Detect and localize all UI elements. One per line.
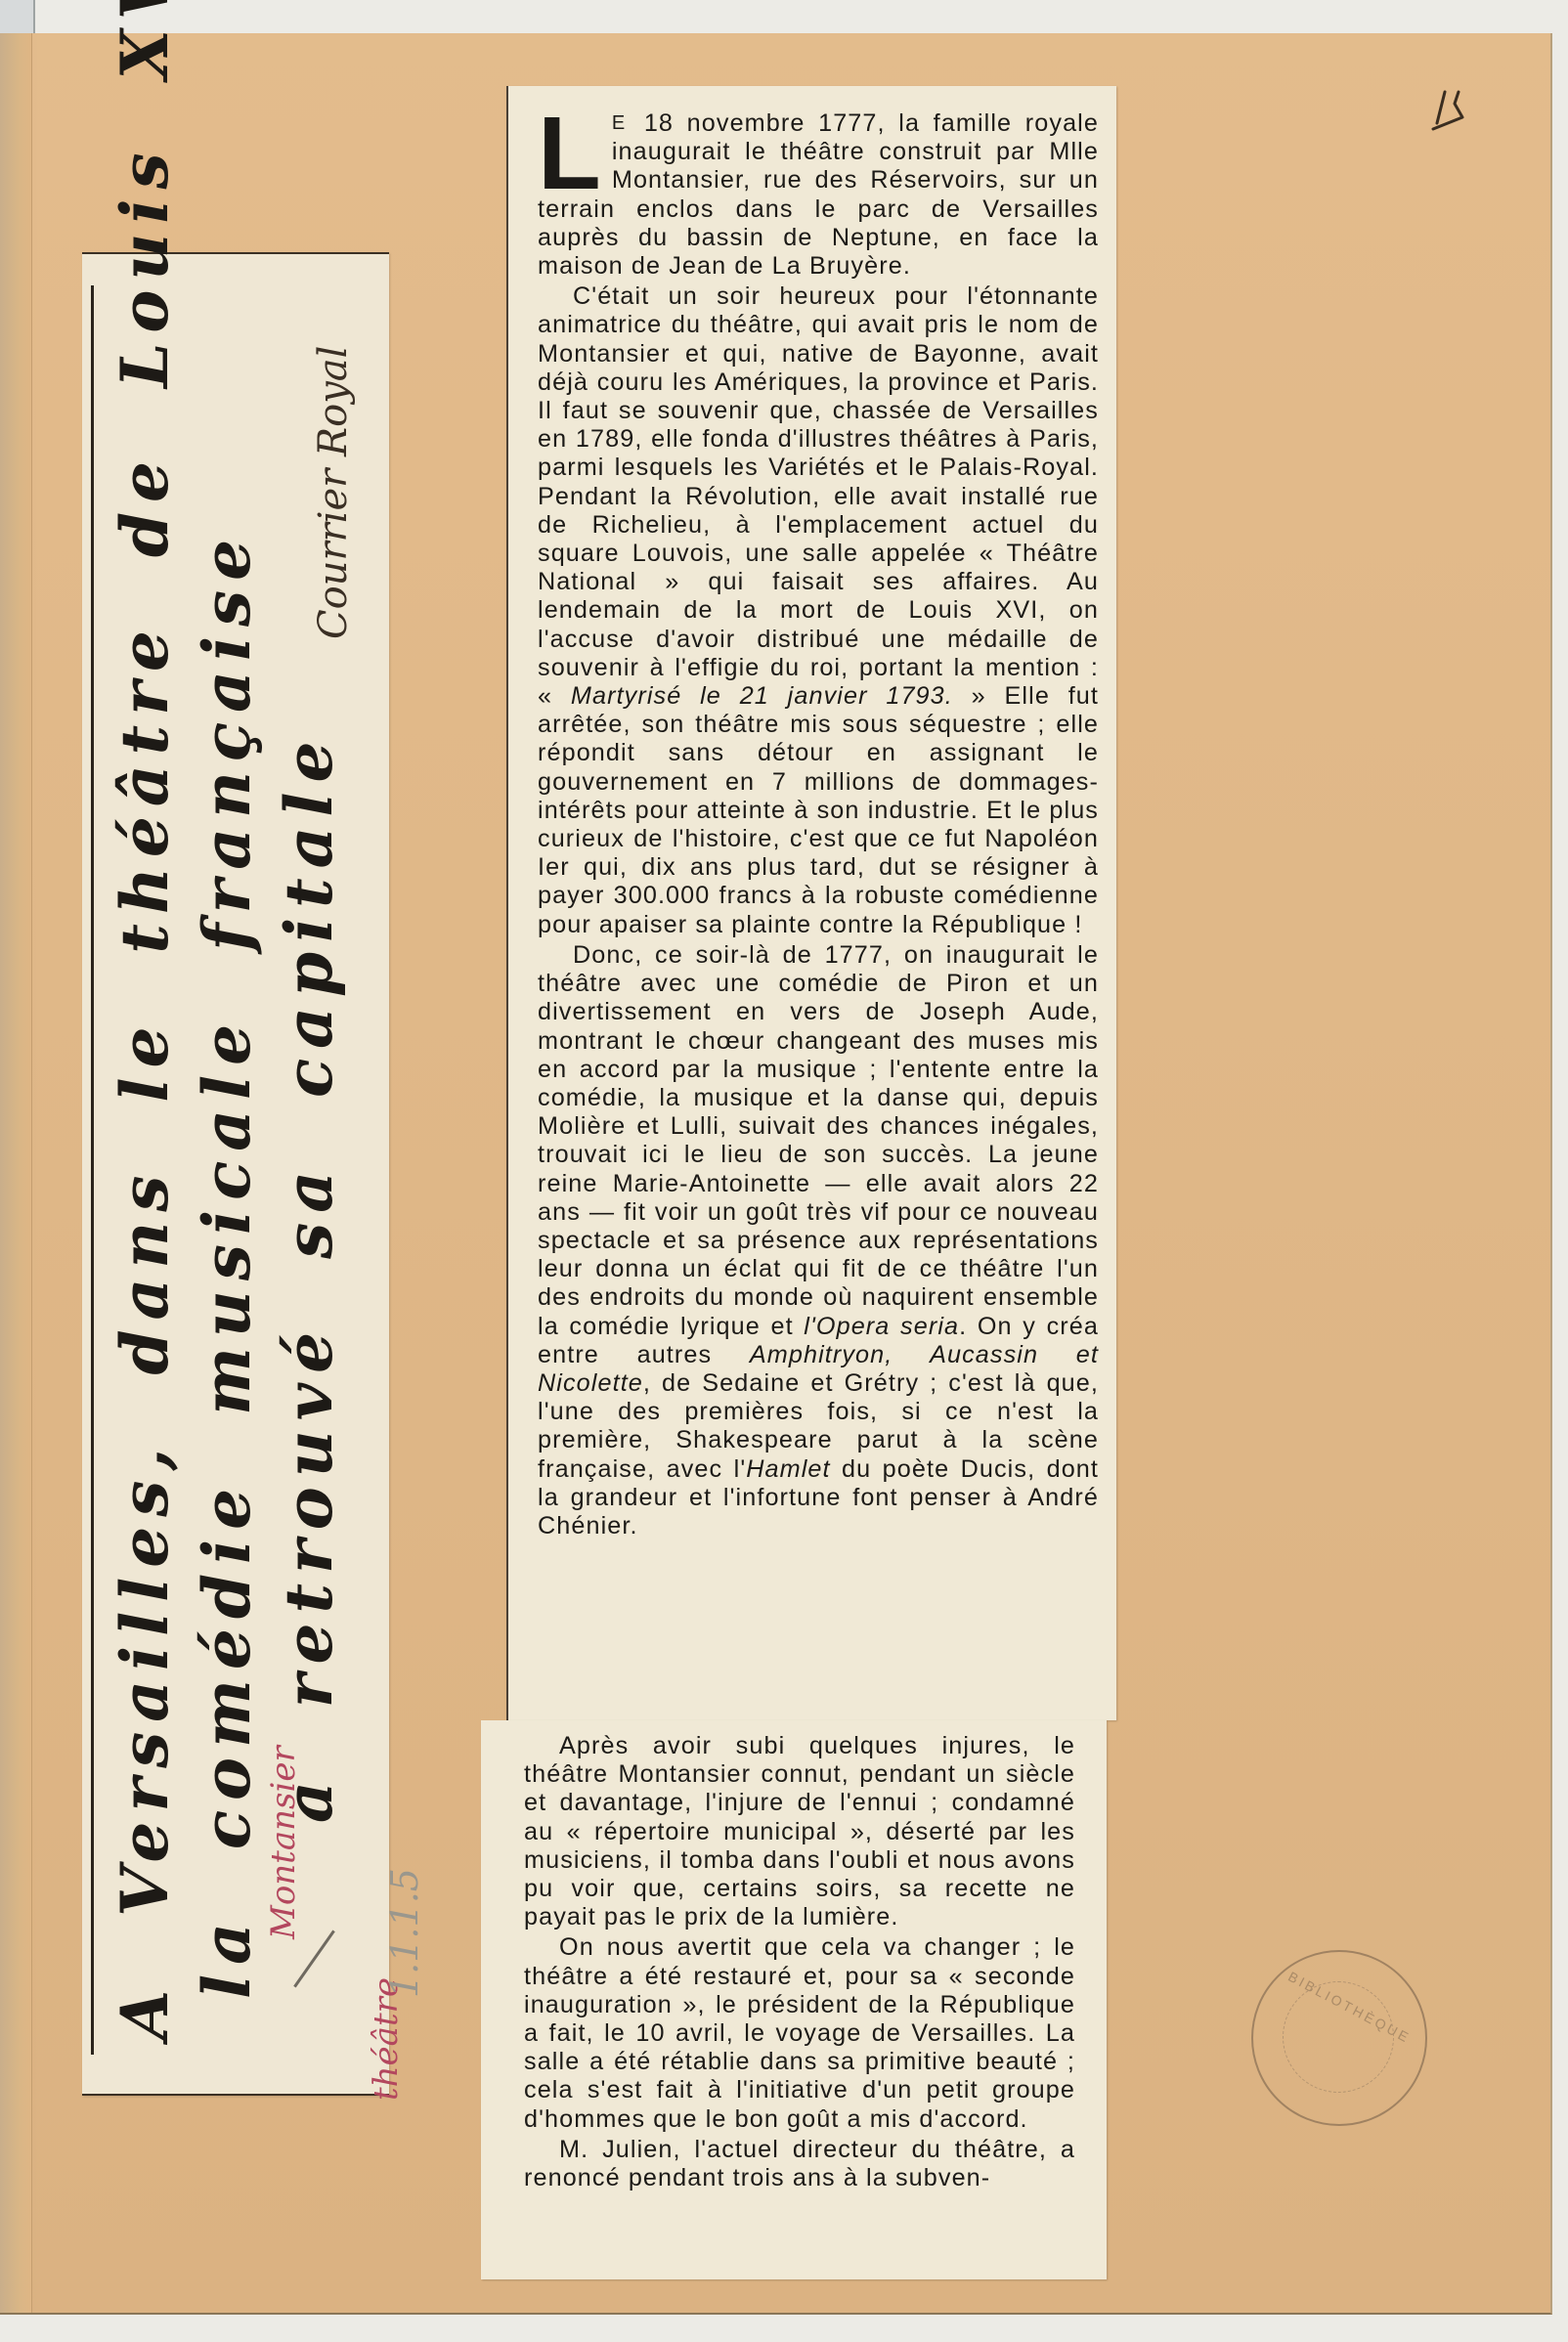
handwritten-page-number xyxy=(1416,84,1474,133)
article-clipping-lower: Après avoir subi quelques injures, le th… xyxy=(481,1720,1107,2279)
article-column-lower: Après avoir subi quelques injures, le th… xyxy=(524,1732,1075,2194)
paragraph-text: 18 novembre 1777, la famille royale inau… xyxy=(538,109,1099,280)
handwritten-source-note: Courrier Royal xyxy=(311,346,356,639)
paragraph-text: Donc, ce soir-là de 1777, on inaugurait … xyxy=(538,941,1099,1340)
italic-title: Hamlet xyxy=(746,1455,830,1483)
article-paragraph-5: On nous avertit que cela va changer ; le… xyxy=(524,1933,1075,2133)
drop-cap-tail: E xyxy=(612,112,631,134)
article-paragraph-6: M. Julien, l'actuel directeur du théâtre… xyxy=(524,2136,1075,2192)
article-paragraph-2: C'était un soir heureux pour l'étonnante… xyxy=(538,282,1099,939)
italic-title: l'Opera seria xyxy=(804,1313,959,1340)
headline-line-1: A Versailles, dans le théâtre de Louis X… xyxy=(104,279,186,2067)
headline-line-2: la comédie musicale française xyxy=(186,279,268,2067)
headline-rule xyxy=(91,285,94,2055)
paragraph-text: » Elle fut arrêtée, son théâtre mis sous… xyxy=(538,682,1099,938)
page-binding-edge xyxy=(0,33,32,2313)
italic-quote: Martyrisé le 21 janvier 1793. xyxy=(571,682,953,710)
article-paragraph-3: Donc, ce soir-là de 1777, on inaugurait … xyxy=(538,941,1099,1540)
pencil-note: 1.1.1.5 xyxy=(383,1868,426,1998)
article-column: LE 18 novembre 1777, la famille royale i… xyxy=(538,109,1099,1542)
article-clipping-upper: LE 18 novembre 1777, la famille royale i… xyxy=(506,86,1116,1720)
drop-cap: L xyxy=(538,113,602,194)
red-handwritten-note: Montansier xyxy=(264,1746,303,1939)
scrapbook-page: 15 A Versailles, dans le théâtre de Loui… xyxy=(0,33,1552,2315)
paragraph-text: C'était un soir heureux pour l'étonnante… xyxy=(538,282,1099,710)
article-paragraph-1: LE 18 novembre 1777, la famille royale i… xyxy=(538,109,1099,281)
library-stamp: BIBLIOTHÈQUE xyxy=(1251,1950,1427,2126)
binding-corner xyxy=(0,0,35,33)
article-paragraph-4: Après avoir subi quelques injures, le th… xyxy=(524,1732,1075,1931)
